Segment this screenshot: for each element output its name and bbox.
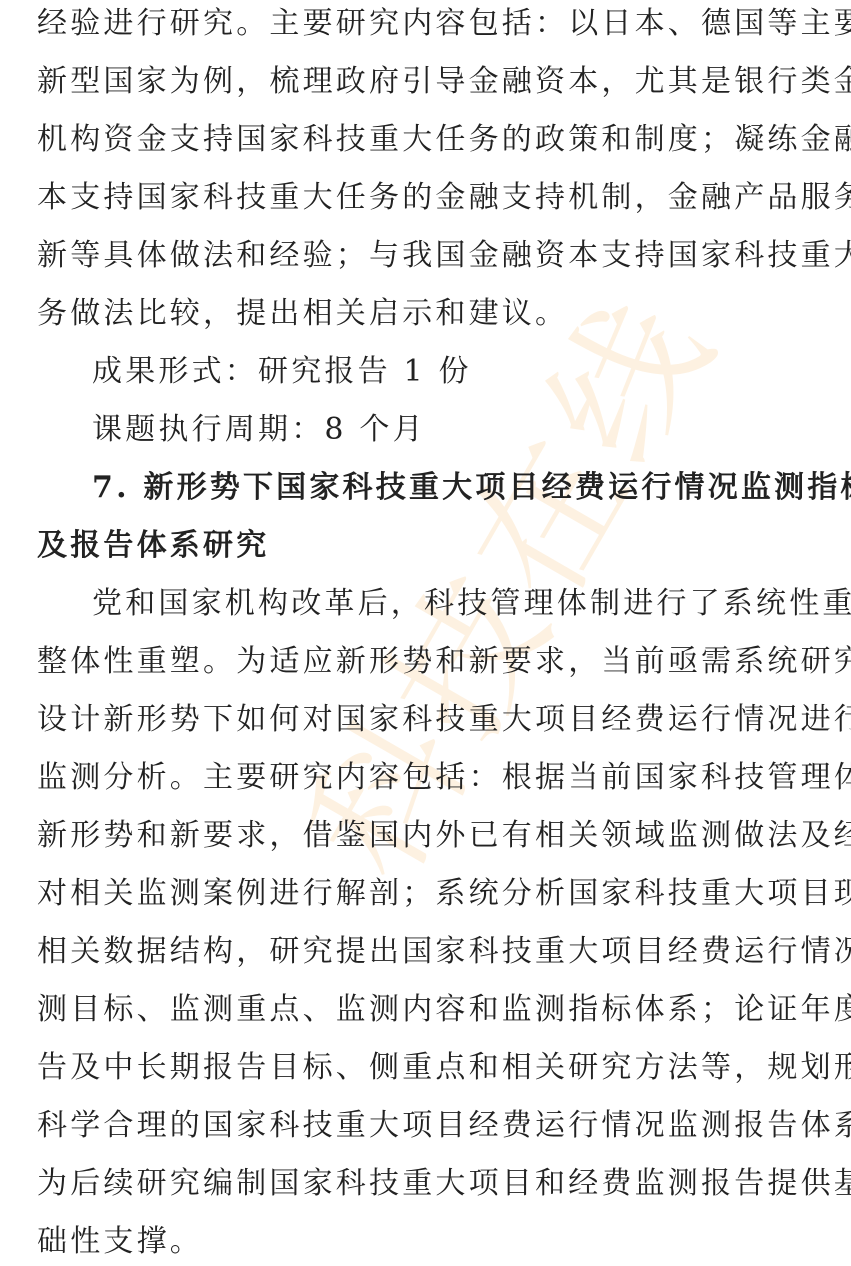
- paragraph-line: 设计新形势下如何对国家科技重大项目经费运行情况进行: [37, 700, 817, 740]
- paragraph-line: 监测分析。主要研究内容包括：根据当前国家科技管理体制: [37, 758, 817, 798]
- paragraph-line: 测目标、监测重点、监测内容和监测指标体系；论证年度报: [37, 990, 817, 1030]
- paragraph-line: 科学合理的国家科技重大项目经费运行情况监测报告体系，: [37, 1106, 817, 1146]
- deliverable-line: 成果形式：研究报告 1 份: [92, 352, 851, 392]
- paragraph-line: 务做法比较，提出相关启示和建议。: [37, 294, 817, 334]
- section-heading: 7. 新形势下国家科技重大项目经费运行情况监测指标: [92, 468, 851, 508]
- paragraph-line: 机构资金支持国家科技重大任务的政策和制度；凝练金融资: [37, 120, 817, 160]
- paragraph-line: 本支持国家科技重大任务的金融支持机制，金融产品服务创: [37, 178, 817, 218]
- paragraph-line: 相关数据结构，研究提出国家科技重大项目经费运行情况监: [37, 932, 817, 972]
- paragraph-line: 础性支撑。: [37, 1222, 817, 1262]
- section-heading-cont: 及报告体系研究: [37, 526, 817, 566]
- paragraph-line: 党和国家机构改革后，科技管理体制进行了系统性重构，: [92, 584, 851, 624]
- document-page: 科技在线 经验进行研究。主要研究内容包括：以日本、德国等主要创 新型国家为例，梳…: [0, 0, 851, 1266]
- paragraph-line: 整体性重塑。为适应新形势和新要求，当前亟需系统研究和: [37, 642, 817, 682]
- paragraph-line: 新形势和新要求，借鉴国内外已有相关领域监测做法及经验，: [37, 816, 817, 856]
- paragraph-line: 告及中长期报告目标、侧重点和相关研究方法等，规划形成: [37, 1048, 817, 1088]
- paragraph-line: 新型国家为例，梳理政府引导金融资本，尤其是银行类金融: [37, 62, 817, 102]
- watermark: 科技在线: [246, 247, 753, 909]
- paragraph-line: 新等具体做法和经验；与我国金融资本支持国家科技重大任: [37, 236, 817, 276]
- paragraph-line: 经验进行研究。主要研究内容包括：以日本、德国等主要创: [37, 4, 817, 44]
- period-line: 课题执行周期：8 个月: [92, 410, 851, 450]
- paragraph-line: 为后续研究编制国家科技重大项目和经费监测报告提供基: [37, 1164, 817, 1204]
- paragraph-line: 对相关监测案例进行解剖；系统分析国家科技重大项目现有: [37, 874, 817, 914]
